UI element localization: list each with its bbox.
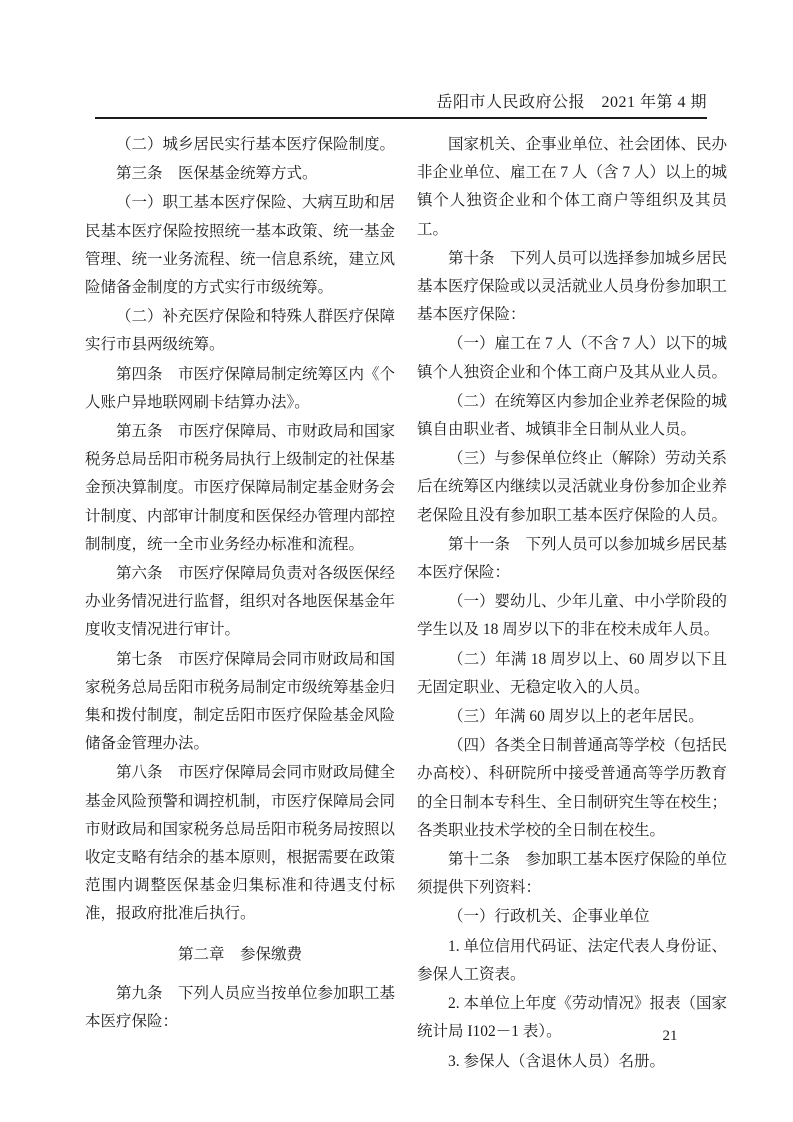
right-column: 国家机关、企事业单位、社会团体、民办非企业单位、雇工在 7 人（含 7 人）以上…	[417, 131, 727, 1077]
paragraph: 第八条 市医疗保障局会同市财政局健全基金风险预警和调控机制，市医疗保障局会同市财…	[85, 759, 395, 928]
paragraph: （三）与参保单位终止（解除）劳动关系后在统筹区内继续以灵活就业身份参加企业养老保…	[417, 445, 727, 530]
paragraph: （二）在统筹区内参加企业养老保险的城镇自由职业者、城镇非全日制从业人员。	[417, 388, 727, 444]
left-column: （二）城乡居民实行基本医疗保险制度。 第三条 医保基金统筹方式。 （一）职工基本…	[85, 131, 395, 1077]
paragraph: 第四条 市医疗保障局制定统筹区内《个人账户异地联网刷卡结算办法》。	[85, 361, 395, 417]
paragraph: 1. 单位信用代码证、法定代表人身份证、参保人工资表。	[417, 933, 727, 989]
paragraph: 第九条 下列人员应当按单位参加职工基本医疗保险：	[85, 980, 395, 1036]
paragraph: （一）婴幼儿、少年儿童、中小学阶段的学生以及 18 周岁以下的非在校未成年人员。	[417, 588, 727, 644]
running-head: 岳阳市人民政府公报 2021 年第 4 期	[95, 92, 707, 114]
paragraph: （二）城乡居民实行基本医疗保险制度。	[85, 131, 395, 159]
header-rule	[95, 117, 707, 119]
paragraph: 第十一条 下列人员可以参加城乡居民基本医疗保险：	[417, 531, 727, 587]
paragraph: 第十条 下列人员可以选择参加城乡居民基本医疗保险或以灵活就业人员身份参加职工基本…	[417, 245, 727, 330]
paragraph: （四）各类全日制普通高等学校（包括民办高校）、科研院所中接受普通高等学历教育的全…	[417, 732, 727, 845]
paragraph: 第七条 市医疗保障局会同市财政局和国家税务总局岳阳市税务局制定市级统筹基金归集和…	[85, 646, 395, 759]
text-columns: （二）城乡居民实行基本医疗保险制度。 第三条 医保基金统筹方式。 （一）职工基本…	[85, 131, 727, 1077]
paragraph: 第六条 市医疗保障局负责对各级医保经办业务情况进行监督，组织对各地医保基金年度收…	[85, 560, 395, 645]
paragraph: 3. 参保人（含退休人员）名册。	[417, 1048, 727, 1076]
paragraph: （三）年满 60 周岁以上的老年居民。	[417, 703, 727, 731]
paragraph: （二）补充医疗保险和特殊人群医疗保障实行市县两级统筹。	[85, 303, 395, 359]
page-number: 21	[640, 1028, 700, 1045]
paragraph: 第三条 医保基金统筹方式。	[85, 160, 395, 188]
gazette-page: 岳阳市人民政府公报 2021 年第 4 期 （二）城乡居民实行基本医疗保险制度。…	[0, 0, 793, 1122]
paragraph: 第十二条 参加职工基本医疗保险的单位须提供下列资料：	[417, 846, 727, 902]
paragraph: （一）行政机关、企事业单位	[417, 903, 727, 931]
chapter-heading: 第二章 参保缴费	[85, 941, 395, 969]
paragraph: （一）职工基本医疗保险、大病互助和居民基本医疗保险按照统一基本政策、统一基金管理…	[85, 189, 395, 302]
paragraph: 第五条 市医疗保障局、市财政局和国家税务总局岳阳市税务局执行上级制定的社保基金预…	[85, 418, 395, 559]
paragraph: （二）年满 18 周岁以上、60 周岁以下且无固定职业、无稳定收入的人员。	[417, 646, 727, 702]
paragraph: 国家机关、企事业单位、社会团体、民办非企业单位、雇工在 7 人（含 7 人）以上…	[417, 131, 727, 244]
paragraph: （一）雇工在 7 人（不含 7 人）以下的城镇个人独资企业和个体工商户及其从业人…	[417, 330, 727, 386]
